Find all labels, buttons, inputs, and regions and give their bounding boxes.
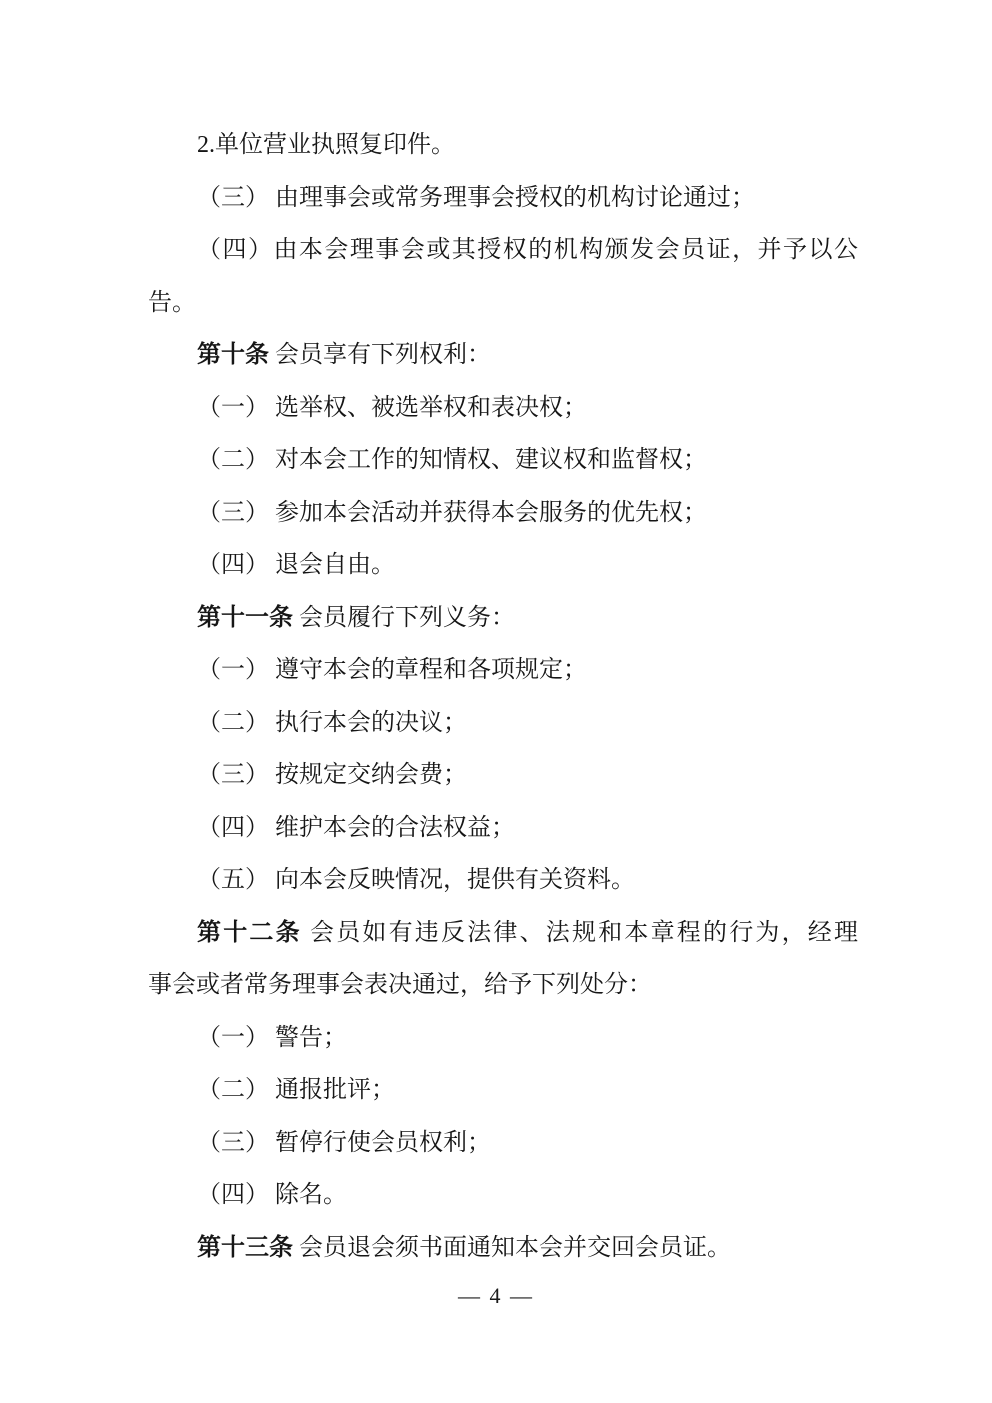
text-line: （二） 执行本会的决议； (148, 697, 858, 750)
line-text: （一） 遵守本会的章程和各项规定； (197, 657, 587, 683)
line-text: （三） 参加本会活动并获得本会服务的优先权； (197, 500, 707, 526)
line-text: （四）由本会理事会或其授权的机构颁发会员证，并予以公 (197, 237, 858, 263)
line-text: （二） 对本会工作的知情权、建议权和监督权； (197, 447, 707, 473)
text-line article-heading-12: 第十二条 会员如有违反法律、法规和本章程的行为，经理 (148, 907, 858, 960)
text-line: （四） 维护本会的合法权益； (148, 802, 858, 855)
text-line: （一） 选举权、被选举权和表决权； (148, 382, 858, 435)
article-number: 第十二条 (197, 920, 302, 946)
text-line: 事会或者常务理事会表决通过，给予下列处分： (148, 959, 858, 1012)
line-text: 事会或者常务理事会表决通过，给予下列处分： (148, 972, 652, 998)
text-line: （三） 由理事会或常务理事会授权的机构讨论通过； (148, 172, 858, 225)
text-line: （五） 向本会反映情况，提供有关资料。 (148, 854, 858, 907)
line-text: 会员如有违反法律、法规和本章程的行为，经理 (302, 920, 858, 946)
line-text: 2.单位营业执照复印件。 (197, 132, 455, 158)
line-text: （一） 选举权、被选举权和表决权； (197, 395, 587, 421)
line-text: （四） 退会自由。 (197, 552, 395, 578)
line-text: （三） 按规定交纳会费； (197, 762, 467, 788)
page-number: — 4 — (0, 1283, 992, 1309)
text-line: 告。 (148, 277, 858, 330)
line-text: 会员退会须书面通知本会并交回会员证。 (293, 1235, 731, 1261)
line-text: （四） 维护本会的合法权益； (197, 815, 515, 841)
text-line: （三） 参加本会活动并获得本会服务的优先权； (148, 487, 858, 540)
line-text: 会员履行下列义务： (293, 605, 515, 631)
text-line: （三） 按规定交纳会费； (148, 749, 858, 802)
text-line: 2.单位营业执照复印件。 (148, 119, 858, 172)
text-line: （二） 通报批评； (148, 1064, 858, 1117)
line-text: （二） 执行本会的决议； (197, 710, 467, 736)
line-text: （二） 通报批评； (197, 1077, 395, 1103)
article-number: 第十条 (197, 342, 269, 368)
text-line article-heading-10: 第十条 会员享有下列权利： (148, 329, 858, 382)
text-line: （三） 暂停行使会员权利； (148, 1117, 858, 1170)
line-text: （一） 警告； (197, 1025, 347, 1051)
text-line: （一） 遵守本会的章程和各项规定； (148, 644, 858, 697)
text-line: （四） 退会自由。 (148, 539, 858, 592)
line-text: （五） 向本会反映情况，提供有关资料。 (197, 867, 635, 893)
text-line: （四） 除名。 (148, 1169, 858, 1222)
line-text: （三） 暂停行使会员权利； (197, 1130, 491, 1156)
document-body: 2.单位营业执照复印件。 （三） 由理事会或常务理事会授权的机构讨论通过； （四… (148, 119, 858, 1274)
line-text: 会员享有下列权利： (269, 342, 491, 368)
text-line article-heading-13: 第十三条 会员退会须书面通知本会并交回会员证。 (148, 1222, 858, 1275)
line-text: 告。 (148, 290, 196, 316)
document-page: 2.单位营业执照复印件。 （三） 由理事会或常务理事会授权的机构讨论通过； （四… (0, 0, 992, 1403)
text-line: （一） 警告； (148, 1012, 858, 1065)
text-line: （二） 对本会工作的知情权、建议权和监督权； (148, 434, 858, 487)
article-number: 第十三条 (197, 1235, 293, 1261)
article-number: 第十一条 (197, 605, 293, 631)
line-text: （四） 除名。 (197, 1182, 347, 1208)
text-line: （四）由本会理事会或其授权的机构颁发会员证，并予以公 (148, 224, 858, 277)
text-line article-heading-11: 第十一条 会员履行下列义务： (148, 592, 858, 645)
line-text: （三） 由理事会或常务理事会授权的机构讨论通过； (197, 185, 755, 211)
